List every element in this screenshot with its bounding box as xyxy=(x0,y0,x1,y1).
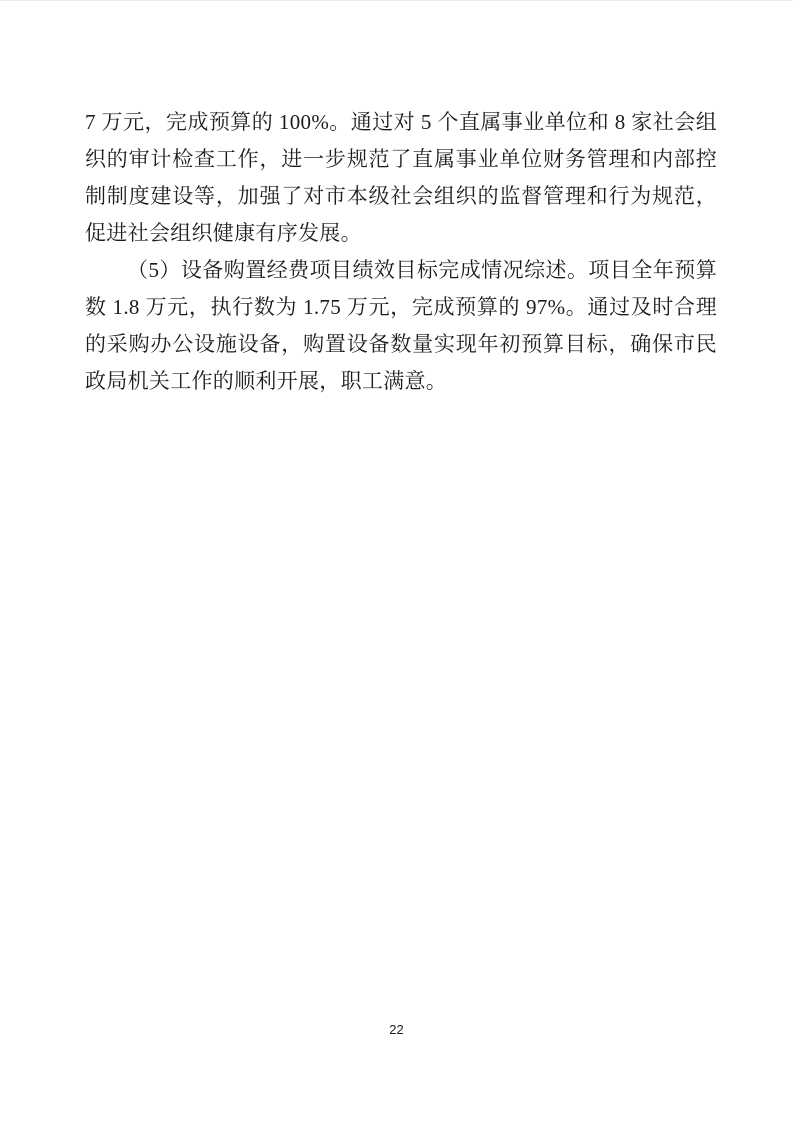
page-footer: 22 xyxy=(0,1021,793,1039)
paragraph-continuation: 7 万元，完成预算的 100%。通过对 5 个直属事业单位和 8 家社会组织的审… xyxy=(85,104,717,252)
document-body: 7 万元，完成预算的 100%。通过对 5 个直属事业单位和 8 家社会组织的审… xyxy=(85,104,717,400)
page-number: 22 xyxy=(389,1022,403,1037)
document-page: 7 万元，完成预算的 100%。通过对 5 个直属事业单位和 8 家社会组织的审… xyxy=(0,0,793,1122)
paragraph-item-5: （5）设备购置经费项目绩效目标完成情况综述。项目全年预算数 1.8 万元，执行数… xyxy=(85,252,717,400)
